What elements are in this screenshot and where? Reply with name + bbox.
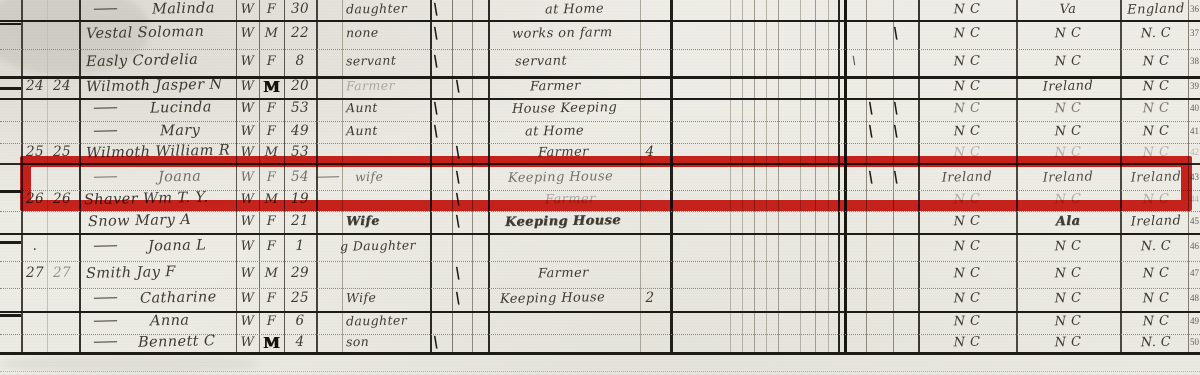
cell-color: W xyxy=(236,240,259,253)
cell-sex: F xyxy=(259,292,284,305)
margin-line-stub xyxy=(0,314,21,317)
cell-name: Catharine xyxy=(140,290,217,306)
cell-age: 20 xyxy=(286,80,314,94)
cell-name: Smith Jay F xyxy=(86,265,176,281)
cell-birthplace-self: N C xyxy=(918,239,1016,255)
cell-color: W xyxy=(236,3,259,16)
school-mark: \ xyxy=(851,55,857,66)
cell-occupation: at Home xyxy=(525,124,584,138)
cell-birthplace-self: N C xyxy=(918,314,1016,330)
cell-color: W xyxy=(236,315,259,328)
married-tick-mark: \ xyxy=(454,79,462,95)
cell-birthplace-father: N C xyxy=(1016,266,1120,282)
cell-months-unemployed: 2 xyxy=(640,292,660,306)
cell-birthplace-father: N C xyxy=(1016,26,1120,42)
grid-hline xyxy=(0,371,1200,372)
cell-occupation: Farmer xyxy=(530,80,581,94)
margin-line-stub xyxy=(0,190,21,193)
cell-birthplace-father: N C xyxy=(1016,54,1120,70)
cell-birthplace-mother: N C xyxy=(1118,314,1194,329)
cell-name: Malinda xyxy=(152,1,215,17)
cell-birthplace-self: N C xyxy=(918,26,1016,42)
cannot-read-tick: \ xyxy=(867,124,875,140)
ditto-dash: — xyxy=(92,313,118,329)
cell-name: Snow Mary A xyxy=(88,213,191,230)
cell-sex: M xyxy=(259,27,284,40)
married-tick-mark: \ xyxy=(454,291,462,307)
cell-color: W xyxy=(236,55,259,68)
cell-birthplace-self: N C xyxy=(918,54,1016,70)
ditto-dash: — xyxy=(92,334,118,350)
cell-sex: F xyxy=(259,102,284,115)
cell-occupation: House Keeping xyxy=(512,101,617,116)
cell-family-number: 27 xyxy=(50,267,74,281)
cell-birthplace-father: N C xyxy=(1016,101,1120,117)
line-number: 48 xyxy=(1190,294,1200,303)
single-tick-mark: \ xyxy=(432,335,440,351)
cell-birthplace-self: N C xyxy=(918,335,1016,351)
cell-age: 8 xyxy=(286,55,314,69)
cell-age: 30 xyxy=(286,3,314,17)
line-number: 37 xyxy=(1190,29,1200,38)
single-tick-mark: \ xyxy=(432,54,440,70)
cell-birthplace-father: N C xyxy=(1016,291,1120,307)
cell-color: W xyxy=(236,336,259,349)
cell-age: 49 xyxy=(286,125,314,139)
cell-birthplace-father: N C xyxy=(1016,314,1120,330)
cell-sex: F xyxy=(259,240,284,253)
ditto-dash: — xyxy=(92,238,118,254)
cell-occupation: Keeping House xyxy=(500,291,605,306)
single-tick-mark: \ xyxy=(432,101,440,117)
cell-birthplace-mother: N C xyxy=(1118,124,1194,139)
cell-birthplace-mother: N. C xyxy=(1118,26,1194,41)
line-number: 39 xyxy=(1190,82,1200,91)
cell-birthplace-mother: N. C xyxy=(1118,239,1194,254)
line-number: 42 xyxy=(1190,148,1200,157)
cell-birthplace-father: N C xyxy=(1016,335,1120,351)
ditto-dash: — xyxy=(92,100,118,116)
margin-line-stub xyxy=(0,23,21,26)
cell-age: 21 xyxy=(286,215,314,229)
cell-relationship: son xyxy=(346,336,369,349)
cell-birthplace-self: N C xyxy=(918,291,1016,307)
cannot-write-tick: \ xyxy=(892,124,900,140)
cell-age: 22 xyxy=(286,27,314,41)
line-number: 41 xyxy=(1190,127,1200,136)
cell-name: Anna xyxy=(150,314,190,329)
cell-birthplace-father: Ireland xyxy=(1016,79,1120,95)
cell-name: Joana L xyxy=(148,238,207,254)
cell-relationship: Farmer xyxy=(346,80,395,93)
cell-age: 25 xyxy=(286,292,314,306)
cell-sex: F xyxy=(259,55,284,68)
cell-color: W xyxy=(236,102,259,115)
single-tick-mark: \ xyxy=(432,2,440,18)
single-tick-mark: \ xyxy=(432,26,440,42)
cell-birthplace-mother: England xyxy=(1118,2,1194,17)
line-number: 36 xyxy=(1190,5,1200,14)
cell-relationship: daughter xyxy=(346,2,407,16)
cell-birthplace-father: N C xyxy=(1016,239,1120,255)
cell-occupation: Farmer xyxy=(538,267,589,281)
ditto-dash: — xyxy=(92,1,118,17)
cell-occupation: servant xyxy=(515,55,567,69)
grid-hline xyxy=(0,49,1200,50)
cell-age: 1 xyxy=(286,240,314,254)
cell-sex: F xyxy=(259,125,284,138)
cannot-write-tick: \ xyxy=(892,26,900,42)
cell-color: W xyxy=(236,125,259,138)
cell-birthplace-self: N C xyxy=(918,79,1016,95)
cell-relationship: Wife xyxy=(346,292,376,305)
cell-occupation: at Home xyxy=(545,2,604,16)
cell-name: Easly Cordelia xyxy=(86,53,199,70)
cell-sex: F xyxy=(259,215,284,228)
cell-birthplace-mother: N C xyxy=(1118,54,1194,69)
cell-age: 4 xyxy=(286,336,314,350)
cell-house-number: . xyxy=(24,240,46,254)
married-tick-mark: \ xyxy=(454,266,462,282)
cell-age: 29 xyxy=(286,267,314,281)
cell-birthplace-self: N C xyxy=(918,124,1016,140)
cell-relationship: Aunt xyxy=(346,102,378,115)
cannot-write-tick: \ xyxy=(892,101,900,117)
margin-line-stub xyxy=(0,87,21,90)
census-ledger-scan: —MalindaWF30daughter\at HomeN CVaEngland… xyxy=(0,0,1200,375)
line-number: 49 xyxy=(1190,317,1200,326)
line-number: 47 xyxy=(1190,269,1200,278)
ditto-dash: — xyxy=(92,123,118,139)
cell-birthplace-father: N C xyxy=(1016,124,1120,140)
cell-sex: M xyxy=(259,336,284,351)
cell-relationship: none xyxy=(346,27,379,40)
cell-color: W xyxy=(236,80,259,93)
cell-age: 6 xyxy=(286,315,314,329)
cell-birthplace-mother: N C xyxy=(1118,101,1194,116)
cell-birthplace-self: N C xyxy=(918,214,1016,230)
cell-age: 53 xyxy=(286,102,314,116)
married-tick-mark: \ xyxy=(454,214,462,230)
cell-sex: M xyxy=(259,267,284,280)
grid-hline xyxy=(0,233,1200,236)
cell-house-number: 27 xyxy=(24,267,46,281)
cell-relationship: servant xyxy=(346,55,396,68)
single-tick-mark: \ xyxy=(432,124,440,140)
cell-relationship: daughter xyxy=(346,314,407,328)
cell-color: W xyxy=(236,292,259,305)
cell-birthplace-mother: Ireland xyxy=(1118,214,1194,229)
cell-birthplace-mother: N C xyxy=(1118,291,1194,306)
cell-birthplace-mother: N C xyxy=(1118,266,1194,281)
cannot-read-tick: \ xyxy=(867,101,875,117)
grid-hline xyxy=(0,288,1200,289)
margin-line-stub xyxy=(0,241,21,244)
cell-relationship: g Daughter xyxy=(340,239,416,253)
cell-name: Lucinda xyxy=(150,100,212,116)
cell-color: W xyxy=(236,267,259,280)
cell-birthplace-self: N C xyxy=(918,266,1016,282)
cell-name: Vestal Soloman xyxy=(86,25,205,42)
line-number: 46 xyxy=(1190,242,1200,251)
cell-occupation: Keeping House xyxy=(505,214,621,229)
cell-birthplace-father: Va xyxy=(1016,2,1120,18)
cell-birthplace-self: N C xyxy=(918,101,1016,117)
cell-color: W xyxy=(236,215,259,228)
cell-name: Mary xyxy=(160,124,201,139)
line-number: 38 xyxy=(1190,57,1200,66)
grid-hline xyxy=(0,121,1200,122)
cell-name: Bennett C xyxy=(138,334,216,350)
cell-sex: F xyxy=(259,3,284,16)
ditto-dash: — xyxy=(92,290,118,306)
cell-family-number: 24 xyxy=(50,80,74,94)
cell-birthplace-mother: N C xyxy=(1118,79,1194,94)
cell-relationship: Aunt xyxy=(346,125,378,138)
line-number: 50 xyxy=(1190,338,1200,347)
grid-hline xyxy=(0,261,1200,262)
line-number: 40 xyxy=(1190,104,1200,113)
grid-hline xyxy=(0,352,1200,355)
cell-relationship: Wife xyxy=(346,215,380,228)
line-number: 45 xyxy=(1190,217,1200,226)
cell-color: W xyxy=(236,27,259,40)
highlight-box xyxy=(20,156,1192,211)
cell-sex: M xyxy=(259,80,284,95)
cell-birthplace-father: Ala xyxy=(1016,214,1120,230)
cell-occupation: works on farm xyxy=(512,26,613,41)
cell-birthplace-self: N C xyxy=(918,2,1016,18)
cell-birthplace-mother: N. C xyxy=(1118,335,1194,350)
grid-hline xyxy=(0,20,1200,23)
cell-house-number: 24 xyxy=(24,80,46,94)
cell-name: Wilmoth Jasper N xyxy=(86,78,223,95)
cell-sex: F xyxy=(259,315,284,328)
